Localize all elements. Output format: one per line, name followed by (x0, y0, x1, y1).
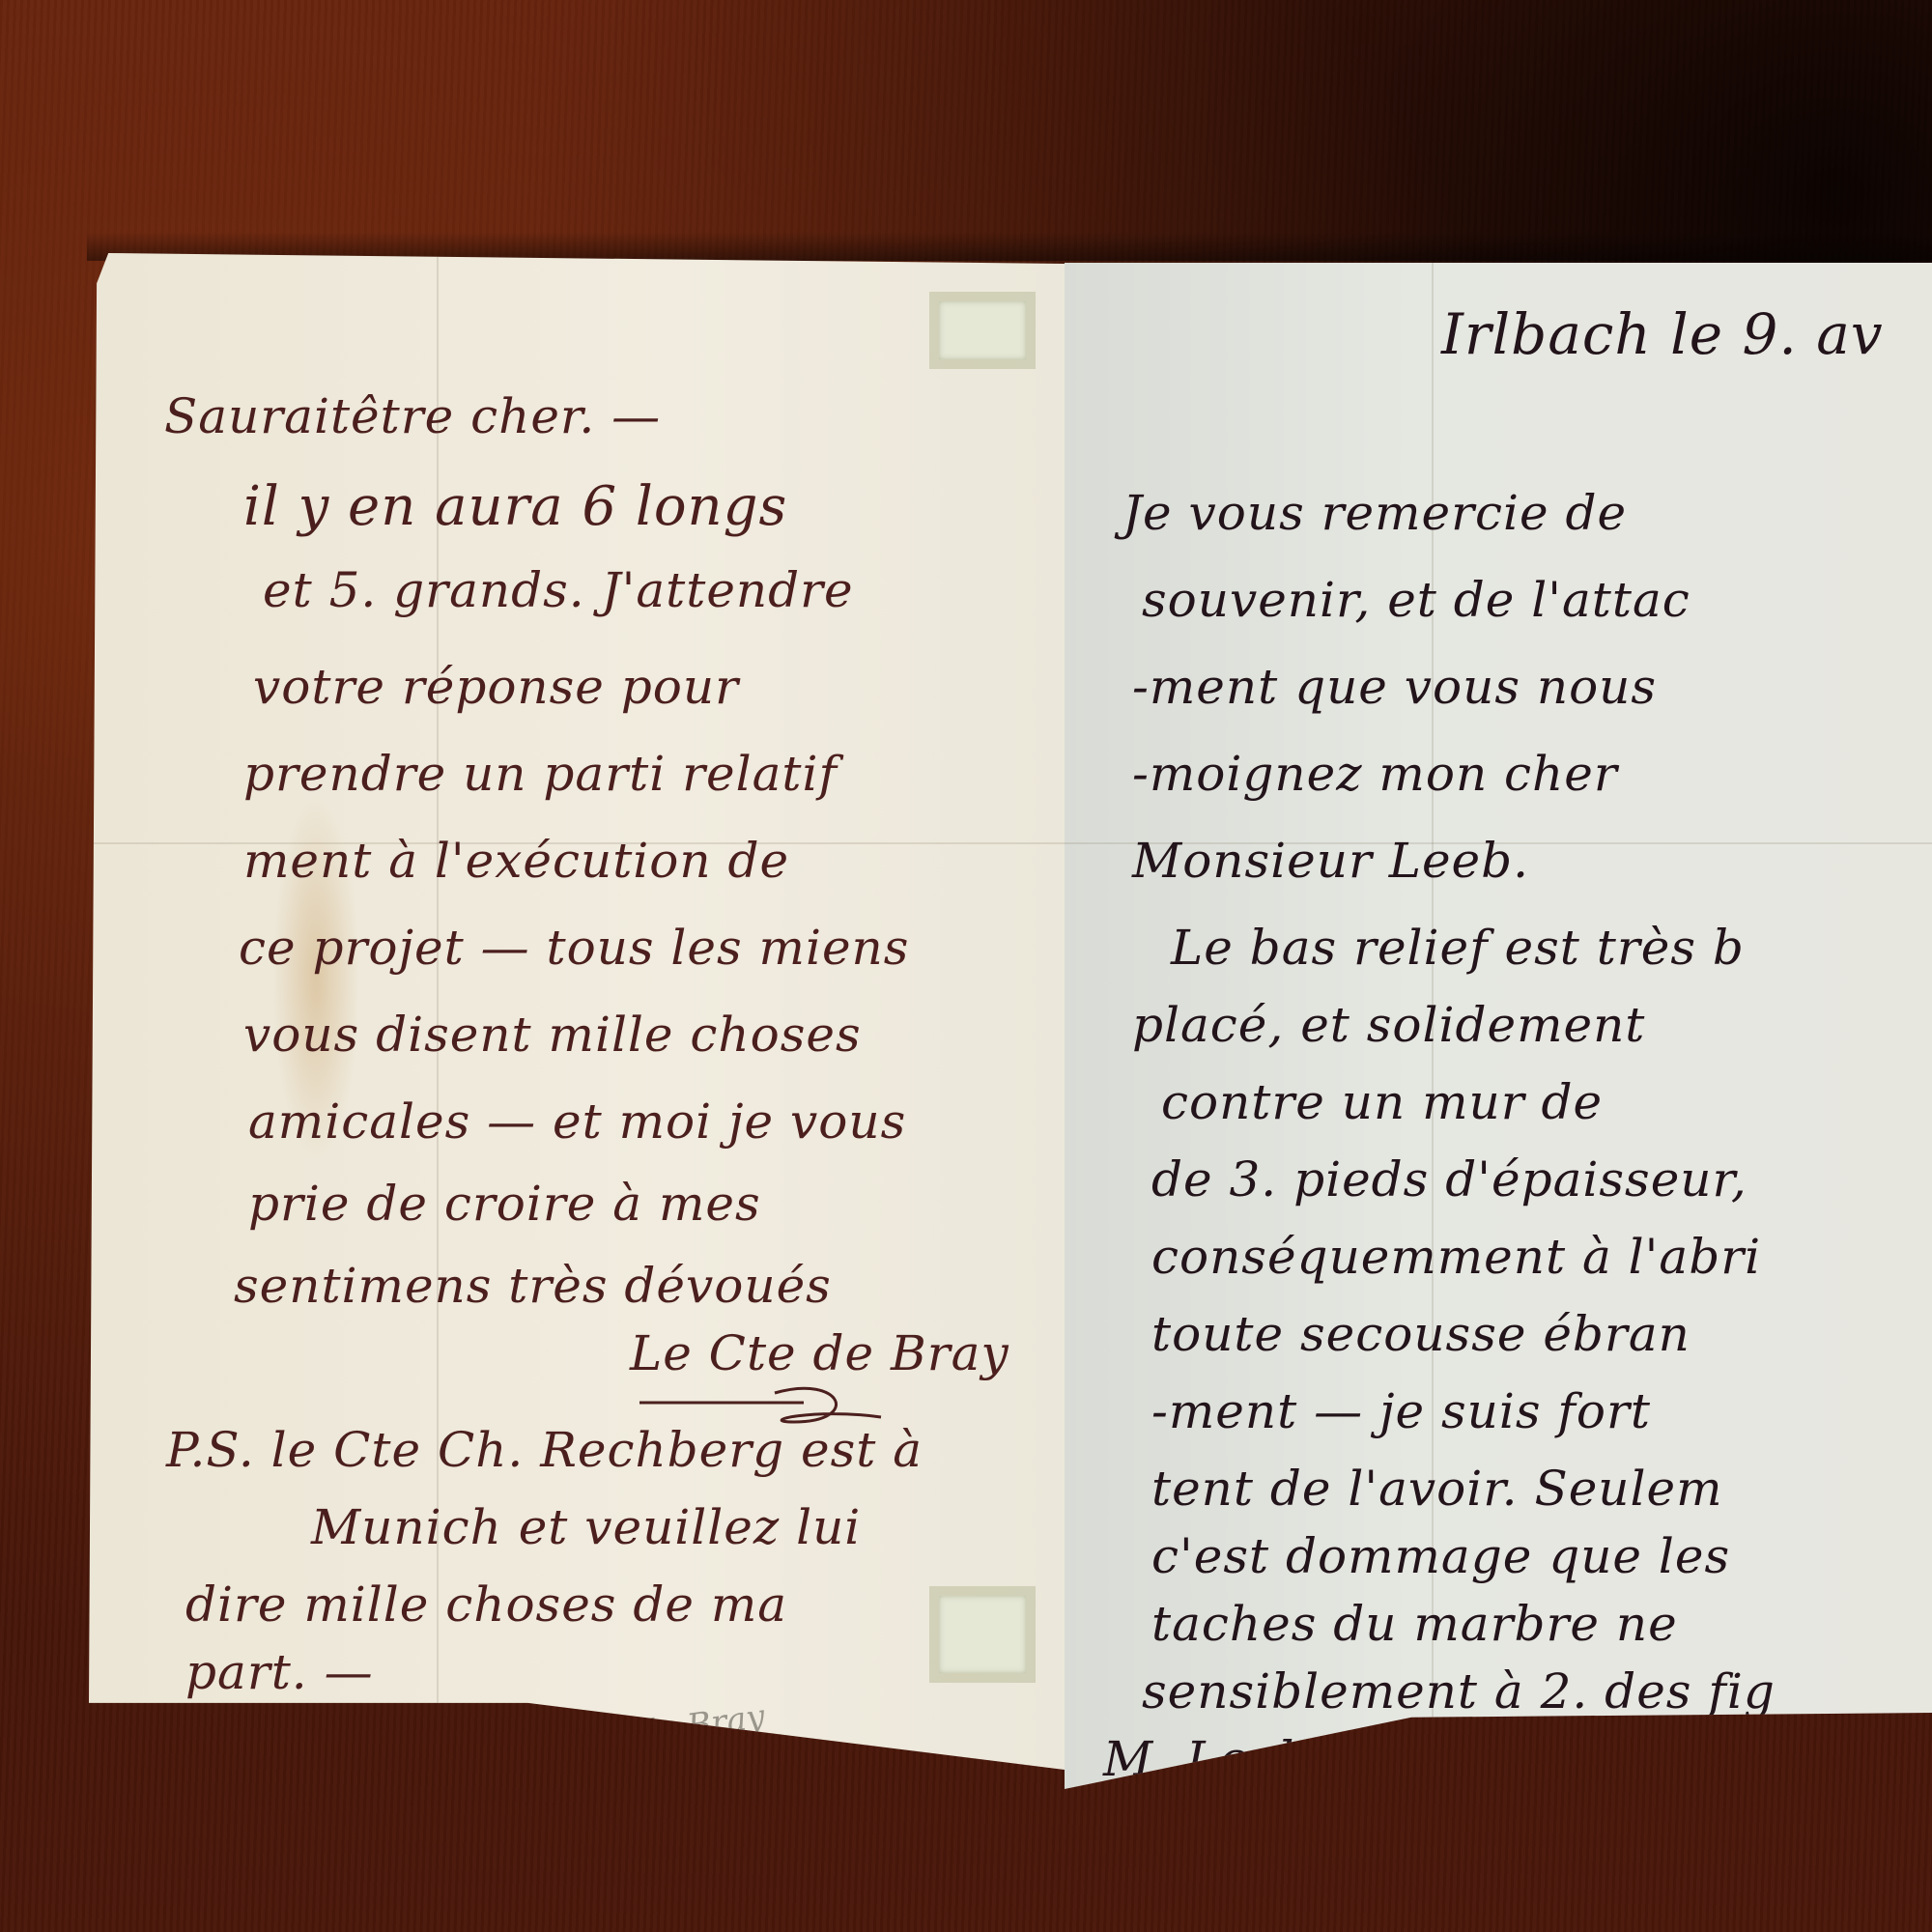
left-line-8: vous disent mille choses (243, 1007, 862, 1063)
right-line-3: -ment que vous nous (1132, 659, 1657, 715)
tape-patch-top (939, 301, 1026, 359)
left-line-6: ment à l'exécution de (243, 833, 789, 889)
right-line-9: de 3. pieds d'épaisseur, (1151, 1151, 1747, 1207)
postscript-line-1: P.S. le Cte Ch. Rechberg est à (166, 1422, 923, 1478)
pencil-note-line-2: Näherbrücke (648, 1748, 871, 1770)
letter-left-page: Sauraitêtre cher. — il y en aura 6 longs… (89, 253, 1065, 1770)
right-line-17: M. Leeb. (1103, 1731, 1326, 1787)
right-line-7: placé, et solidement (1132, 997, 1645, 1053)
signature: Le Cte de Bray (630, 1325, 1009, 1381)
left-line-7: ce projet — tous les miens (239, 920, 909, 976)
right-line-8: contre un mur de (1161, 1074, 1603, 1130)
right-line-15: taches du marbre ne (1151, 1596, 1678, 1652)
left-line-10: prie de croire à mes (248, 1176, 761, 1232)
right-line-11: toute secousse ébran (1151, 1306, 1690, 1362)
postscript-line-2: Munich et veuillez lui (311, 1499, 861, 1555)
right-line-4: -moignez mon cher (1132, 746, 1618, 802)
right-line-14: c'est dommage que les (1151, 1528, 1730, 1584)
left-line-3: et 5. grands. J'attendre (263, 562, 854, 618)
tape-patch-bottom (939, 1596, 1026, 1673)
right-line-12: -ment — je suis fort (1151, 1383, 1651, 1439)
postscript-line-4: part. — (185, 1644, 374, 1700)
pencil-note-line-1: Graf de Bray (551, 1697, 767, 1765)
place-date-heading: Irlbach le 9. av (1441, 301, 1884, 367)
left-line-5: prendre un parti relatif (243, 746, 838, 802)
left-line-4: votre réponse pour (253, 659, 739, 715)
right-line-13: tent de l'avoir. Seulem (1151, 1461, 1722, 1517)
postscript-line-3: dire mille choses de ma (185, 1577, 787, 1633)
left-line-2: il y en aura 6 longs (243, 475, 787, 538)
right-line-2: souvenir, et de l'attac (1142, 572, 1690, 628)
letter-right-page: Irlbach le 9. av Je vous remercie de sou… (1065, 263, 1932, 1789)
right-line-6: Le bas relief est très b (1171, 920, 1745, 976)
left-line-1: Sauraitêtre cher. — (164, 388, 661, 444)
right-line-16: sensiblement à 2. des fig (1142, 1663, 1776, 1719)
left-line-11: sentimens très dévoués (234, 1258, 832, 1314)
left-line-9: amicales — et moi je vous (248, 1094, 906, 1150)
right-line-10: conséquemment à l'abri (1151, 1229, 1761, 1285)
right-line-5: Monsieur Leeb. (1132, 833, 1529, 889)
right-line-1: Je vous remercie de (1122, 485, 1627, 541)
